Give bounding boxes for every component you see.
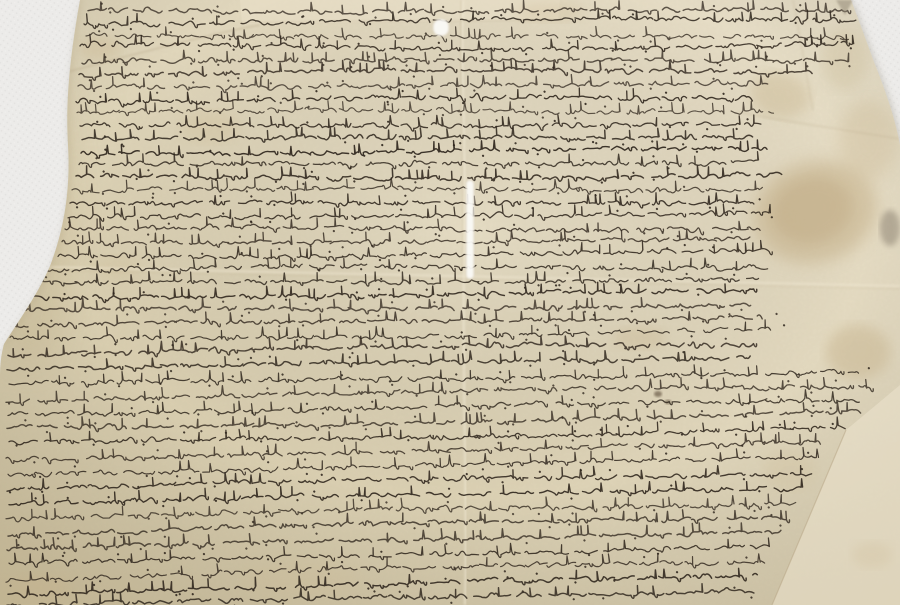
tear-slit — [466, 180, 474, 279]
manuscript-photo — [0, 0, 900, 605]
stain — [838, 100, 898, 180]
manuscript-scene — [0, 0, 900, 605]
stain — [764, 450, 816, 490]
tear-slit — [433, 19, 449, 36]
stain — [880, 210, 900, 246]
stain — [80, 37, 120, 59]
stain — [852, 542, 892, 568]
stain — [654, 391, 662, 397]
